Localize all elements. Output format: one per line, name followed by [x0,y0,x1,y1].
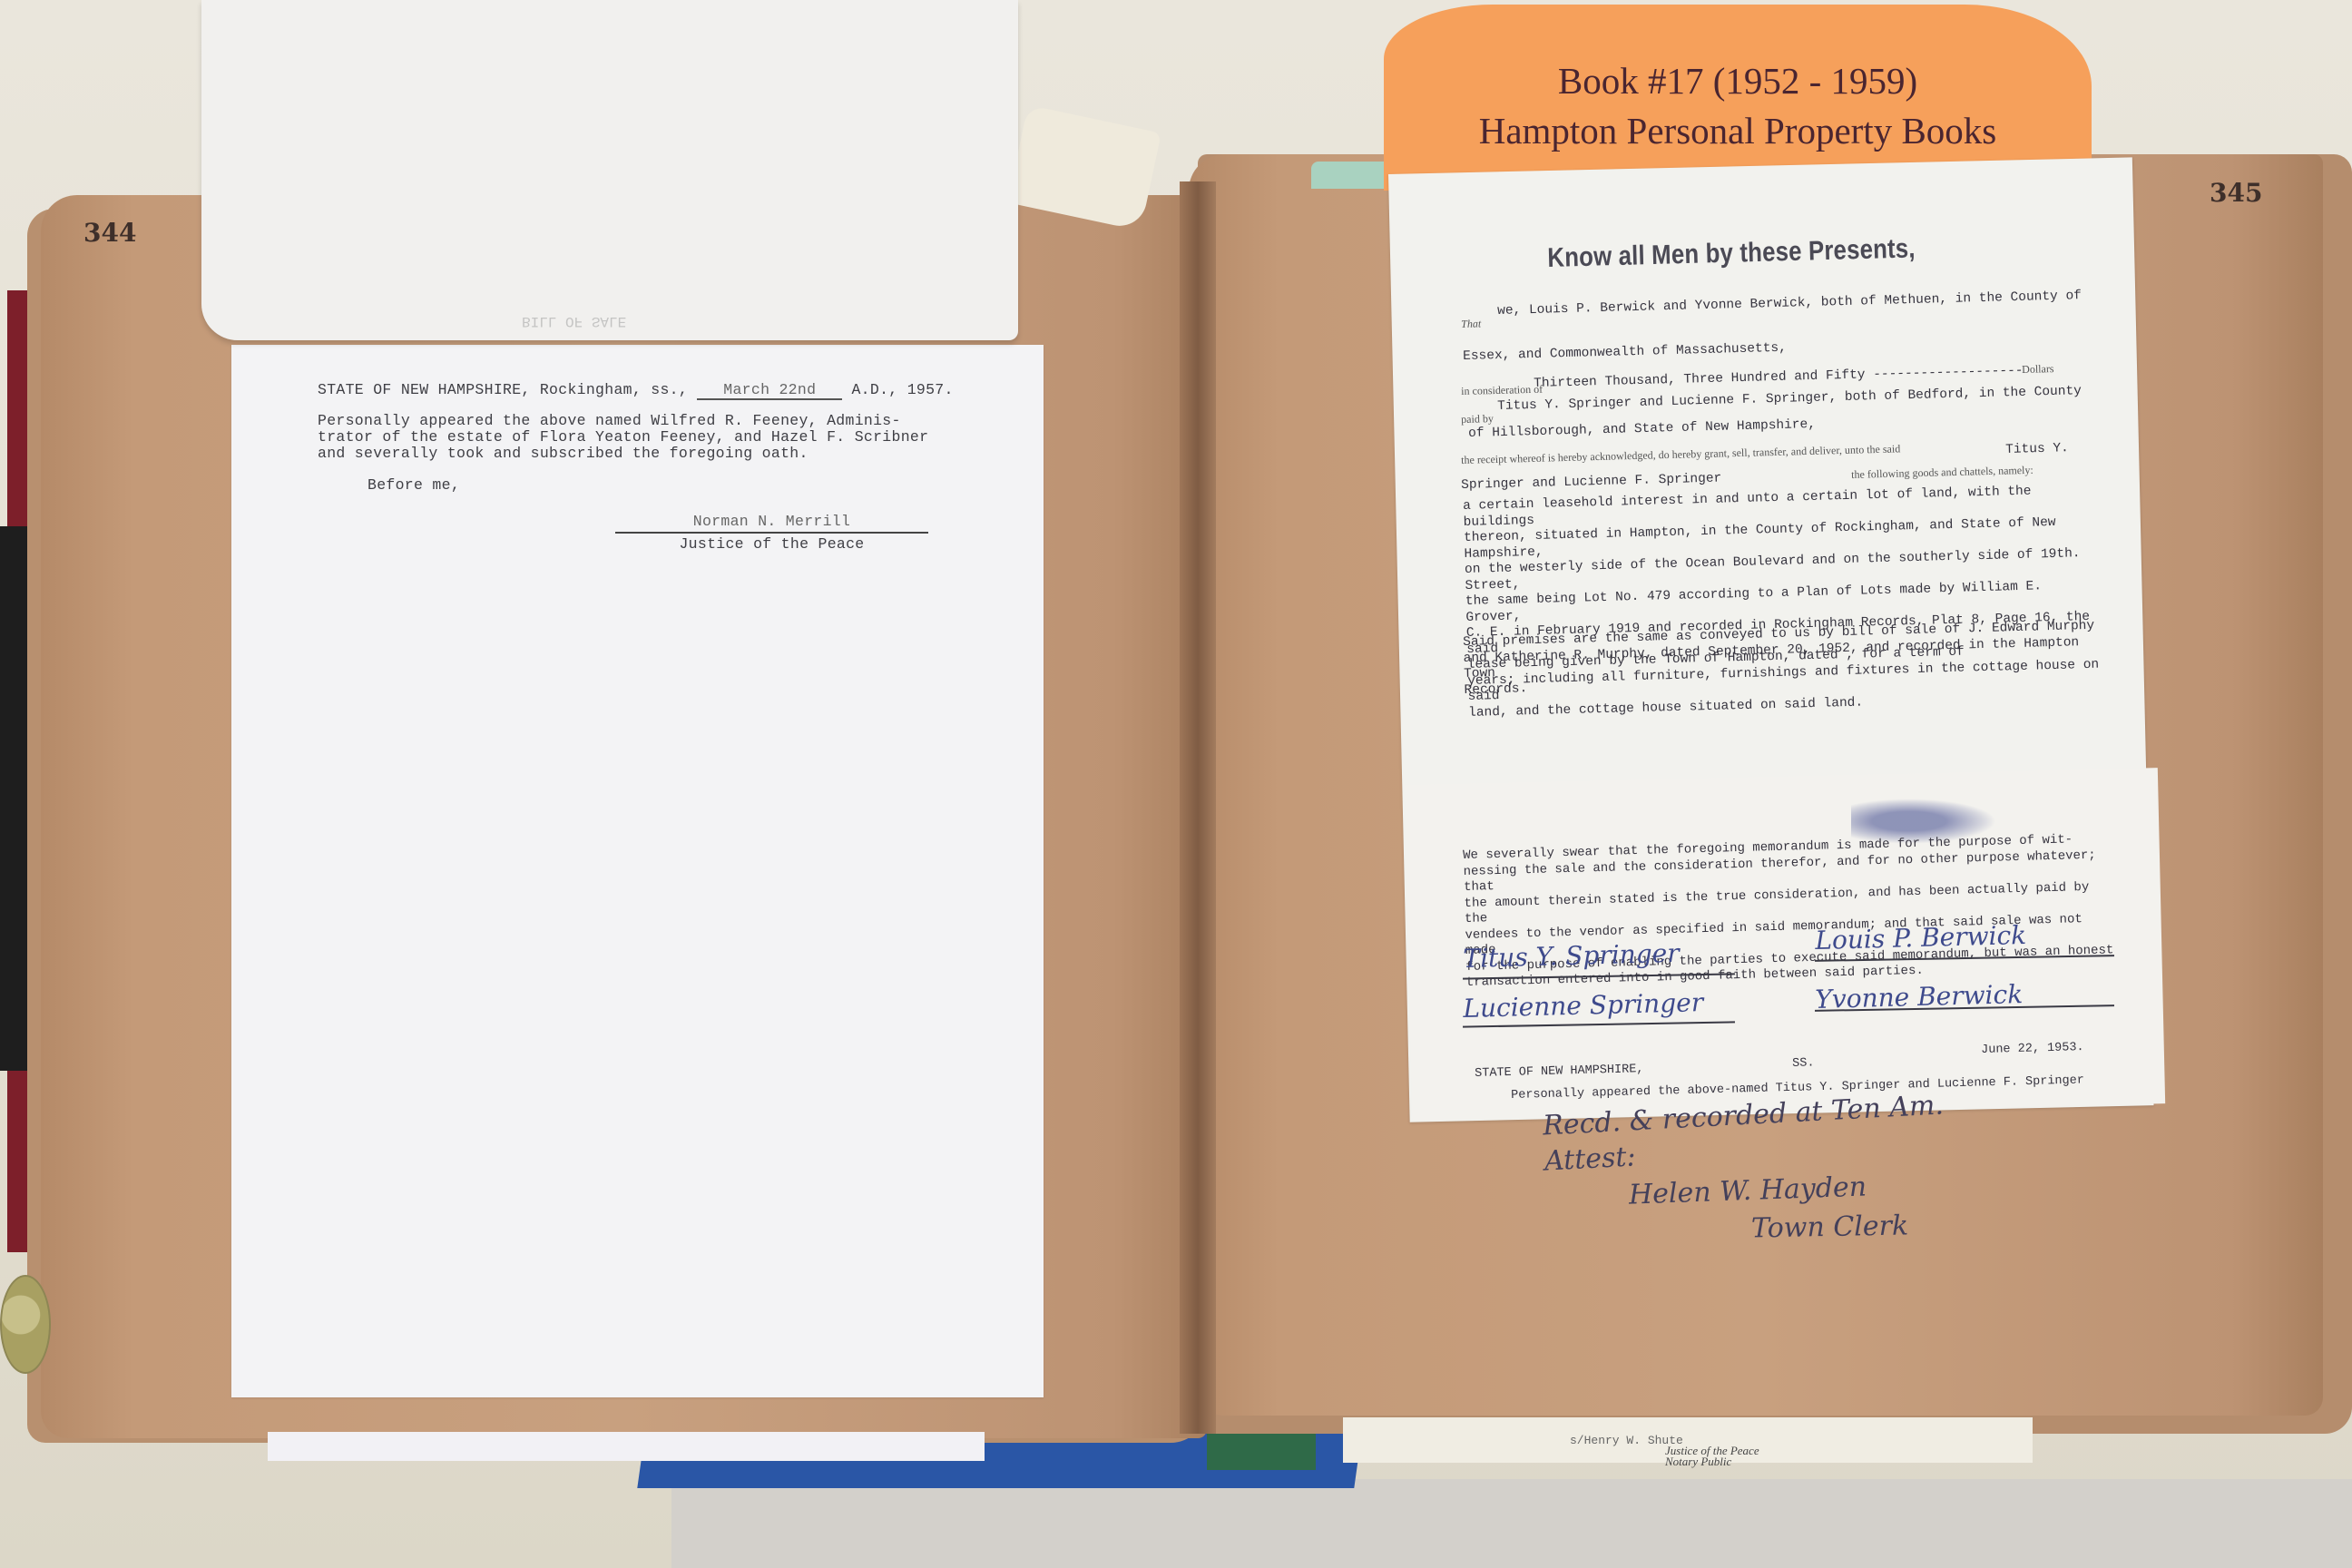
table-surface [671,1479,2352,1568]
torn-paper-titles: Justice of the Peace Notary Public [1665,1445,1759,1467]
torn-title-notary: Notary Public [1665,1456,1759,1467]
book-gutter [1180,181,1216,1434]
decorative-badge [0,1275,51,1374]
date-field: March 22nd [697,381,842,400]
flap-mirrored-label: BILL OF SALE [522,313,626,329]
paid-by-label: paid by [1461,412,1494,426]
left-doc-paragraph: Personally appeared the above named Wilf… [318,413,971,462]
before-me-text: Before me, [367,476,460,494]
book-label-title: Book #17 (1952 - 1959) [1384,59,2092,103]
that-label: That [1461,317,1481,331]
folded-flap[interactable] [201,0,1018,340]
ack-date: June 22, 1953. [1981,1041,2084,1057]
grantee-part1: Titus Y. [2005,441,2069,457]
paper-under-left [268,1432,985,1461]
consideration-label: in consideration of [1461,383,1543,398]
state-suffix: A.D., 1957. [851,381,953,398]
justice-title: Justice of the Peace [615,535,928,553]
page-number-right: 345 [2210,178,2262,208]
handwritten-clerk-title: Town Clerk [1751,1210,1909,1244]
ack-ss: SS. [1792,1056,1815,1071]
left-doc-state-line: STATE OF NEW HAMPSHIRE, Rockingham, ss.,… [318,381,954,400]
signature-louis-berwick: Louis P. Berwick [1815,920,2027,955]
book-label-subtitle: Hampton Personal Property Books [1384,109,2092,152]
signature-titus-springer: Titus Y. Springer [1463,938,1680,974]
signature-lucienne-springer: Lucienne Springer [1463,987,1704,1024]
teal-tab [1311,162,1393,189]
left-document [231,345,1044,1397]
dollars-label: Dollars [2022,362,2054,377]
page-number-left: 344 [83,218,136,248]
justice-signature: Norman N. Merrill [615,513,928,534]
state-prefix: STATE OF NEW HAMPSHIRE, Rockingham, ss., [318,381,688,398]
dark-cloth [0,526,27,1071]
handwritten-attest: Attest: [1543,1141,1636,1177]
